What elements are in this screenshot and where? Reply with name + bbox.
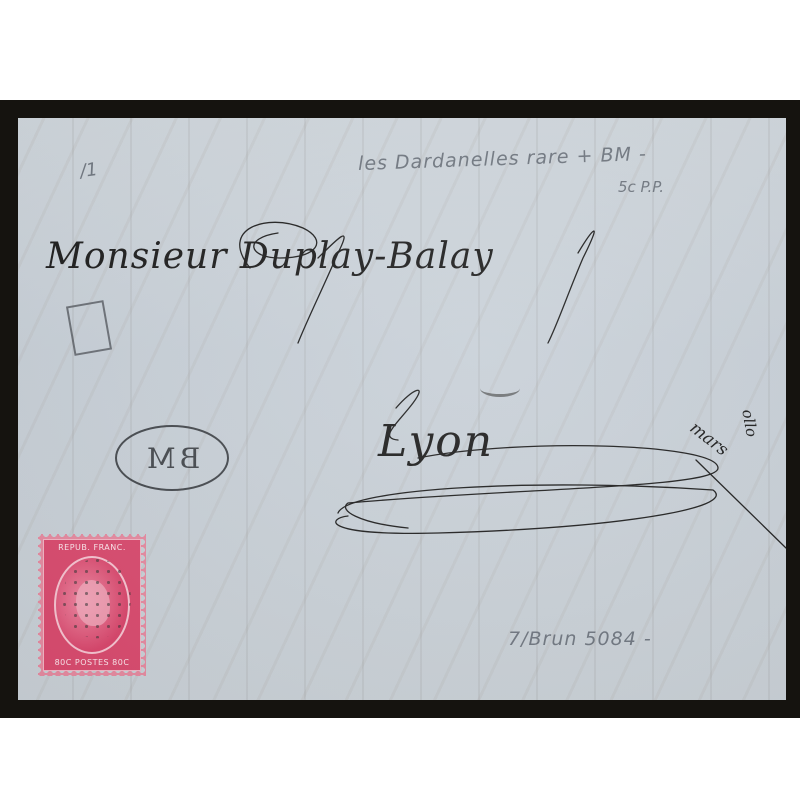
ceres-medallion [54,556,130,654]
postage-stamp: REPUB. FRANC. 80C POSTES 80C [43,539,141,671]
pencil-corner-annotation: /1 [79,159,99,182]
pencil-top-annotation: les Dardanelles rare + BM - [358,143,647,175]
stamp-top-inscription: REPUB. FRANC. [44,543,140,552]
boxed-cachet [66,300,112,356]
oval-bm-cachet: BM [115,425,229,491]
pencil-bottom-annotation: 7/Brun 5084 - [508,628,652,650]
faint-postmark [480,380,520,397]
routing-note: mars [686,418,732,460]
oval-bm-cachet-text: BM [143,442,200,475]
dotted-lozenge-cancel [44,540,140,670]
recipient-city: Lyon [378,416,494,467]
ceres-head-icon [76,580,110,626]
pencil-top-sub-annotation: 5c P.P. [618,178,664,196]
postal-cover: /1 les Dardanelles rare + BM - 5c P.P. M… [18,118,786,700]
stamp-perforation [38,534,146,676]
routing-edge-note: ollo [738,408,761,438]
pen-flourishes [18,118,786,700]
recipient-name: Monsieur Duplay-Balay [46,236,494,277]
stamp-bottom-inscription: 80C POSTES 80C [44,658,140,667]
